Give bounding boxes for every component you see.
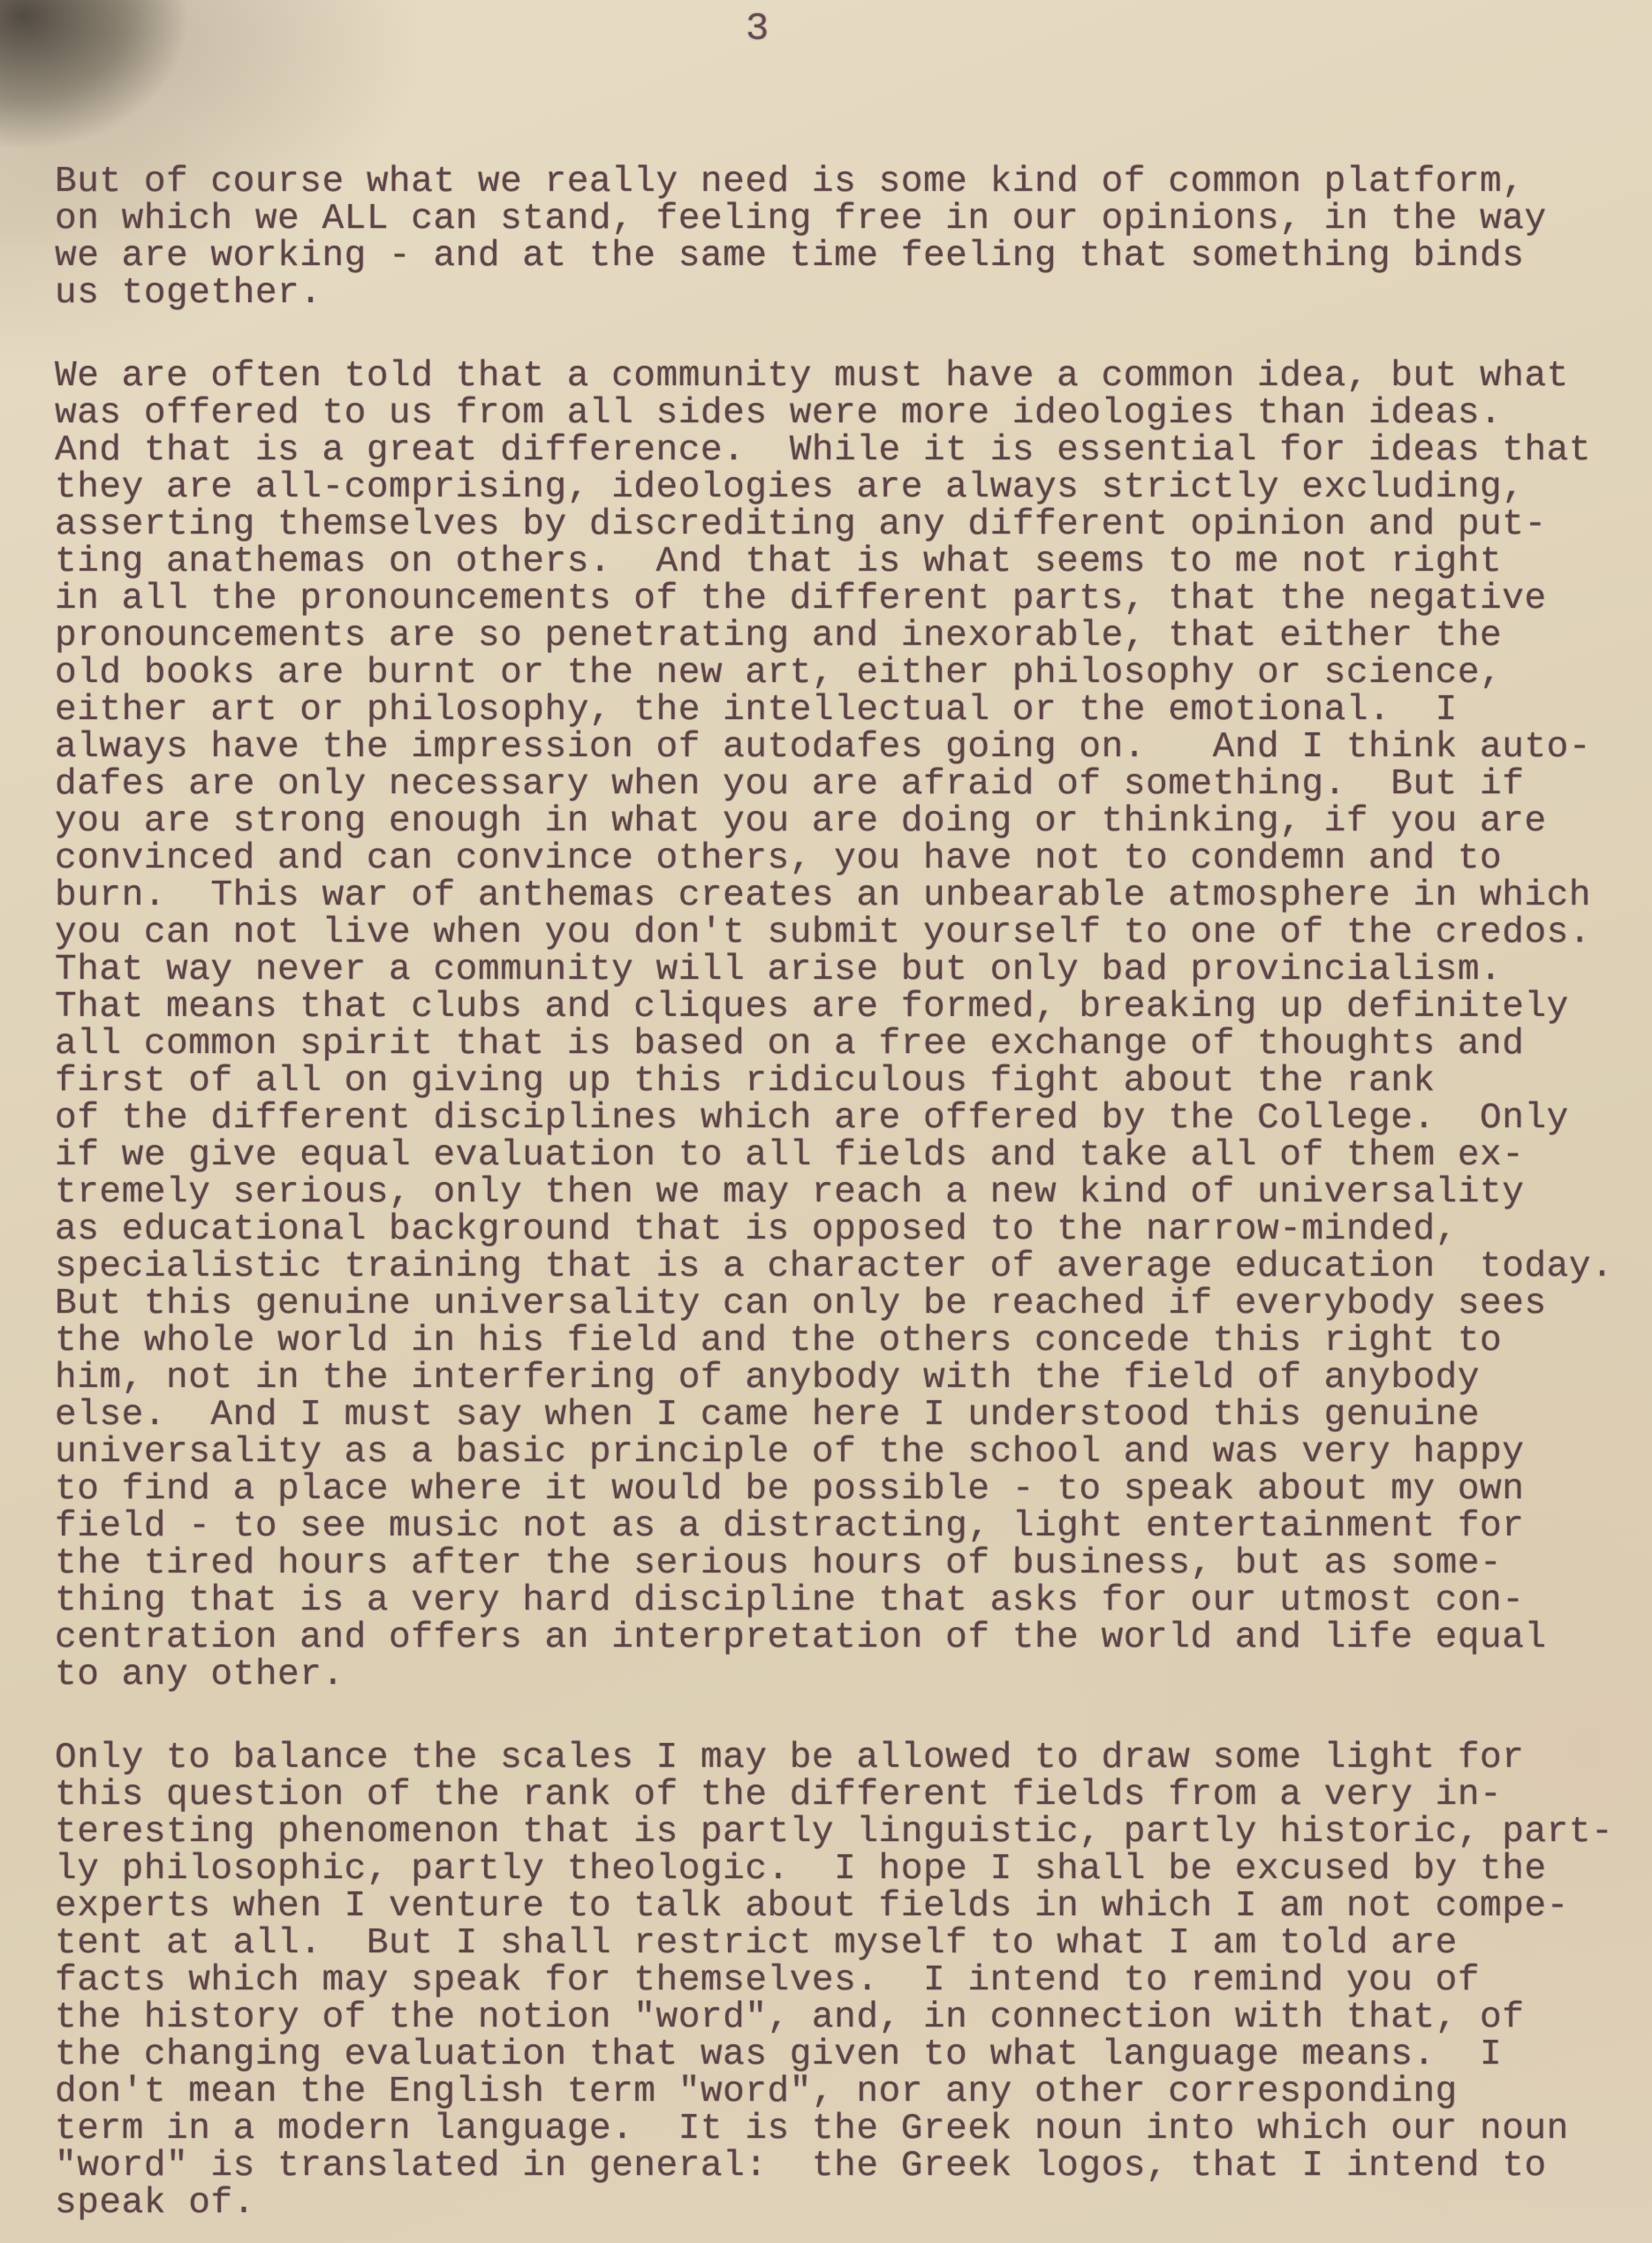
paragraph: We are often told that a community must …: [55, 358, 1652, 1694]
document-page: 3 But of course what we really need is s…: [0, 0, 1652, 2243]
document-body: But of course what we really need is som…: [55, 163, 1652, 2222]
page-number: 3: [55, 7, 1652, 51]
paragraph: Only to balance the scales I may be allo…: [55, 1739, 1652, 2222]
paragraph: But of course what we really need is som…: [55, 163, 1652, 312]
scanned-document: { "document": { "page_number": "3", "par…: [0, 0, 1652, 2243]
